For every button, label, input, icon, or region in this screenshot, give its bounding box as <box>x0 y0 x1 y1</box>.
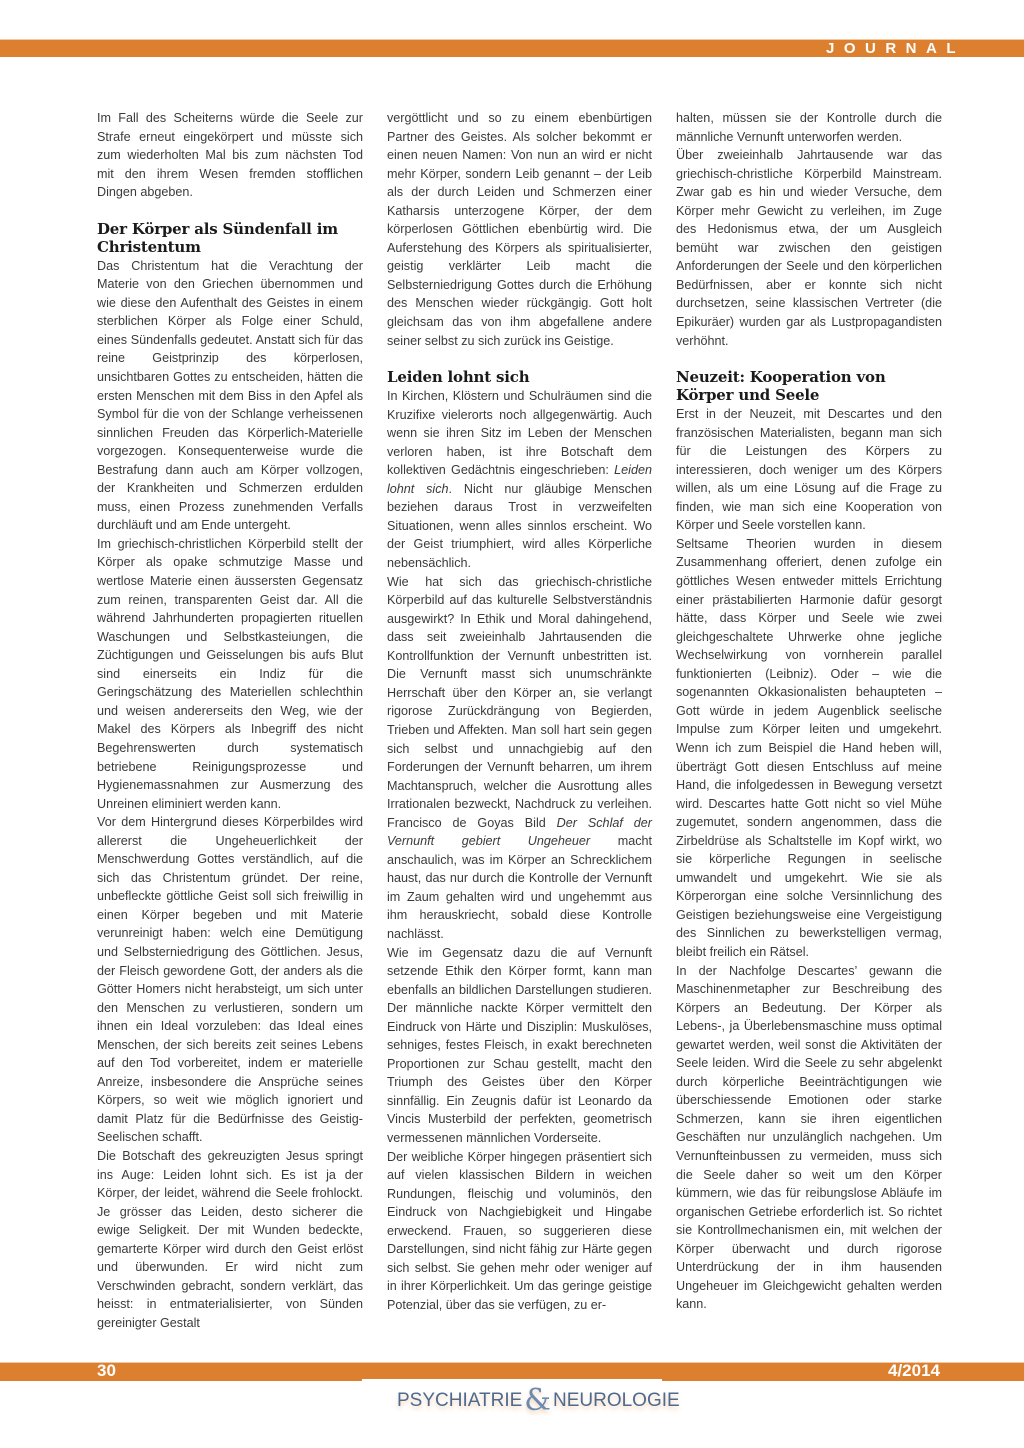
section-heading: Leiden lohnt sich <box>387 368 652 386</box>
footer-bar-gap <box>362 1379 662 1382</box>
section-heading: Neuzeit: Kooperation von Körper und Seel… <box>676 368 942 404</box>
paragraph: Über zweieinhalb Jahrtausende war das gr… <box>676 146 942 350</box>
paragraph: Die Botschaft des gekreuzigten Jesus spr… <box>97 1147 363 1332</box>
header-bar: JOURNAL <box>0 39 1024 57</box>
paragraph: Erst in der Neuzeit, mit Descartes und d… <box>676 405 942 535</box>
footer-bar: 30 4/2014 <box>0 1362 1024 1381</box>
paragraph: In der Nachfolge Descartes’ gewann die M… <box>676 962 942 1314</box>
paragraph: Wie im Gegensatz dazu die auf Vernunft s… <box>387 944 652 1148</box>
article-column-2: vergöttlicht und so zu einem ebenbürtige… <box>387 109 652 1314</box>
journal-logo: PSYCHIATRIE&NEUROLOGIE <box>397 1383 642 1418</box>
paragraph: Im griechisch-christlichen Körperbild st… <box>97 535 363 813</box>
paragraph: halten, müssen sie der Kontrolle durch d… <box>676 109 942 146</box>
paragraph: Vor dem Hintergrund dieses Körperbildes … <box>97 813 363 1147</box>
text-run: In Kirchen, Klöstern und Schulräumen sin… <box>387 389 652 477</box>
paragraph: Im Fall des Scheiterns würde die Seele z… <box>97 109 363 202</box>
article-column-1: Im Fall des Scheiterns würde die Seele z… <box>97 109 363 1332</box>
paragraph: In Kirchen, Klöstern und Schulräumen sin… <box>387 387 652 572</box>
text-run: Wie hat sich das griechisch-christliche … <box>387 575 652 830</box>
paragraph: Das Christentum hat die Verachtung der M… <box>97 257 363 535</box>
paragraph: vergöttlicht und so zu einem ebenbürtige… <box>387 109 652 350</box>
section-label: JOURNAL <box>826 39 965 58</box>
article-column-3: halten, müssen sie der Kontrolle durch d… <box>676 109 942 1314</box>
logo-ampersand: & <box>524 1383 551 1418</box>
paragraph: Der weibliche Körper hingegen präsentier… <box>387 1148 652 1315</box>
logo-text-left: PSYCHIATRIE <box>397 1390 522 1411</box>
issue-number: 4/2014 <box>888 1361 940 1381</box>
paragraph: Wie hat sich das griechisch-christliche … <box>387 573 652 944</box>
text-run: macht anschaulich, was im Körper an Schr… <box>387 834 652 941</box>
paragraph: Seltsame Theorien wurden in diesem Zusam… <box>676 535 942 962</box>
page-number: 30 <box>97 1361 116 1381</box>
logo-text-right: NEUROLOGIE <box>553 1390 680 1411</box>
section-heading: Der Körper als Sündenfall im Christentum <box>97 220 363 256</box>
